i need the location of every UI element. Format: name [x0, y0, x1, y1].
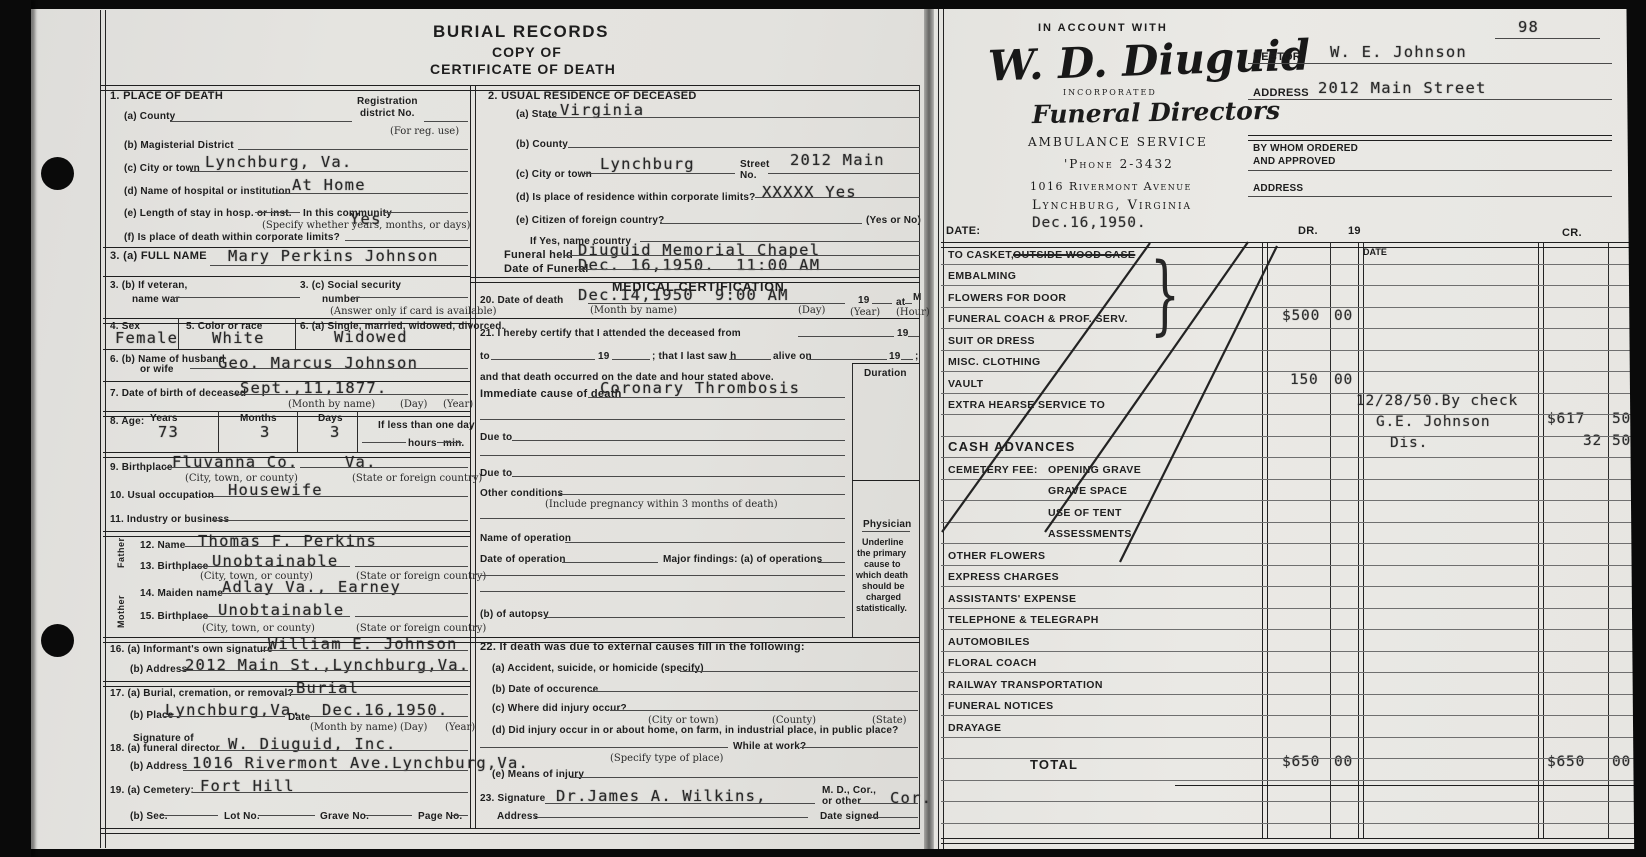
rule-horizontal [585, 173, 735, 174]
in-account-with-label: IN ACCOUNT WITH [1038, 22, 1168, 35]
rule-horizontal [578, 269, 920, 270]
min-label: min. [443, 438, 464, 450]
rule-horizontal [562, 562, 658, 563]
informant-address-label: (b) Address [130, 664, 187, 676]
dr-19-label: 19 [1348, 225, 1361, 238]
rule-horizontal [345, 240, 468, 241]
rule-horizontal [1248, 135, 1612, 141]
rule-horizontal [190, 171, 468, 172]
rule-horizontal [103, 411, 470, 417]
dod-label: 20. Date of death [480, 295, 563, 307]
rule-horizontal [1248, 99, 1612, 100]
rule-horizontal [941, 629, 1643, 630]
phys-note-7: statistically. [856, 603, 907, 613]
rule-horizontal [480, 747, 728, 748]
rule-horizontal [212, 520, 468, 521]
rule-horizontal [170, 121, 352, 122]
item-misc-clothing: MISC. CLOTHING [948, 356, 1041, 368]
rule-horizontal [470, 318, 920, 319]
ordered-by-label2: AND APPROVED [1253, 156, 1336, 168]
fullname-value: Mary Perkins Johnson [228, 248, 439, 265]
amount-vault-dollars: 150 [1290, 373, 1319, 389]
item-opening-grave: OPENING GRAVE [1048, 464, 1141, 476]
rule-vertical [470, 85, 476, 828]
rule-horizontal [941, 823, 1643, 824]
registration-label: Registration [357, 96, 418, 108]
firm-city-label: Lynchburg, Virginia [1032, 199, 1192, 214]
res-street-label2: No. [740, 170, 757, 182]
res-corporate-value: XXXXX Yes [762, 184, 857, 201]
rule-horizontal [470, 277, 920, 283]
dr-col-label: DR. [1298, 225, 1318, 238]
rule-horizontal [612, 359, 650, 360]
rule-horizontal [470, 637, 920, 643]
rule-vertical [852, 363, 853, 637]
county-label: (a) County [124, 111, 175, 123]
rule-horizontal [941, 838, 1643, 844]
lot-no-label: Lot No. [224, 811, 260, 823]
major-findings-label: Major findings: (a) of operations [663, 554, 822, 566]
item-extra-hearse: EXTRA HEARSE SERVICE TO [948, 399, 1105, 411]
community-value: Yes [350, 211, 382, 228]
rule-vertical [295, 318, 296, 349]
rule-horizontal [941, 500, 1643, 501]
age-months-value: 3 [260, 424, 271, 441]
rule-horizontal [588, 303, 845, 304]
ss-label: 3. (c) Social security [300, 280, 401, 292]
rule-vertical [1262, 242, 1268, 838]
rule-horizontal [355, 566, 468, 567]
rule-horizontal [175, 297, 300, 298]
husband-value: Geo. Marcus Johnson [218, 355, 418, 372]
marital-value: Widowed [334, 329, 408, 346]
amount-coach-cents: 00 [1334, 309, 1353, 325]
entry-check-name: G.E. Johnson [1376, 415, 1490, 431]
item-drayage: DRAYAGE [948, 722, 1001, 734]
age-days-value: 3 [330, 424, 341, 441]
rule-horizontal [210, 265, 468, 266]
rule-vertical [1608, 242, 1609, 838]
rule-horizontal [807, 359, 887, 360]
hospital-label: (d) Name of hospital or institution [124, 186, 291, 198]
rule-horizontal [905, 303, 912, 304]
rule-horizontal [362, 442, 406, 443]
rule-horizontal [424, 121, 468, 122]
rule-horizontal [103, 381, 470, 382]
attend-semi: ; [915, 351, 919, 363]
funeral-date-label: Date of Funeral [504, 263, 589, 276]
fullname-heading: 3. (a) FULL NAME [110, 250, 207, 263]
amount-vault-cents: 00 [1334, 373, 1353, 389]
rule-horizontal [941, 543, 1643, 544]
mother-bp-note1: (City, town, or county) [202, 623, 315, 635]
funeral-date-value: Dec. 16,1950. 11:00 AM [578, 257, 820, 274]
rule-horizontal [941, 285, 1643, 286]
rule-horizontal [355, 616, 468, 617]
scanned-document: BURIAL RECORDS COPY OF CERTIFICATE OF DE… [0, 0, 1646, 857]
rule-horizontal [941, 715, 1643, 716]
rule-horizontal [165, 467, 295, 468]
grave-no-label: Grave No. [320, 811, 369, 823]
rule-horizontal [185, 546, 468, 547]
rule-horizontal [858, 803, 918, 804]
rule-horizontal [852, 480, 919, 481]
attend-label: 21. I hereby certify that I attended the… [480, 328, 741, 340]
item-express: EXPRESS CHARGES [948, 571, 1059, 583]
rule-horizontal [535, 817, 808, 818]
phys-note-5: should be [862, 581, 905, 591]
rule-horizontal [590, 691, 918, 692]
rule-vertical [178, 318, 179, 349]
rule-horizontal [548, 117, 920, 118]
rule-horizontal [103, 247, 470, 248]
rule-horizontal [452, 815, 468, 816]
address23-label: Address [497, 811, 538, 823]
scan-edge-left [0, 0, 31, 857]
phys-note-6: charged [866, 592, 901, 602]
amount-coach-dollars: $500 [1282, 309, 1320, 325]
rule-horizontal [300, 467, 468, 468]
dod-hour-note: (Hour) [896, 307, 930, 319]
dob-label: 7. Date of birth of deceased [110, 388, 246, 400]
attend-19b: 19 [598, 351, 610, 363]
for-reg-use-label: (For reg. use) [390, 126, 459, 138]
rule-horizontal [941, 522, 1643, 523]
stay-label: (e) Length of stay in hosp. or inst. [124, 208, 292, 220]
phone-label: 'Phone 2-3432 [1064, 158, 1174, 172]
rule-horizontal [272, 193, 468, 194]
rule-horizontal [480, 575, 845, 576]
age-label: 8. Age: [110, 416, 144, 428]
rule-horizontal [160, 815, 218, 816]
informant-label: 16. (a) Informant's own signature [110, 644, 273, 656]
race-value: White [212, 330, 265, 347]
res-city-value: Lynchburg [600, 156, 695, 173]
rule-horizontal [100, 85, 920, 91]
rule-horizontal [908, 336, 919, 337]
due-to-label1: Due to [480, 432, 512, 444]
rule-horizontal [365, 815, 412, 816]
punch-hole-top [41, 157, 74, 190]
rule-horizontal [180, 670, 468, 671]
rule-vertical [1358, 242, 1364, 838]
rule-horizontal [480, 591, 845, 592]
md-cor-value: Cor. [890, 790, 932, 807]
rule-horizontal [491, 359, 595, 360]
rule-horizontal [480, 455, 845, 456]
burial-day-note: (Day) [400, 722, 427, 734]
rule-horizontal [192, 792, 468, 793]
title-burial-records: BURIAL RECORDS [433, 22, 609, 42]
dod-m: M [913, 292, 922, 304]
item-telephone: TELEPHONE & TELEGRAPH [948, 614, 1099, 626]
item-casket-struck: OUTSIDE WOOD CASE [1013, 249, 1135, 261]
rule-horizontal [232, 394, 468, 395]
item-casket: TO CASKET, [948, 249, 1014, 261]
rule-horizontal [800, 747, 918, 748]
rule-horizontal [215, 750, 468, 751]
rule-horizontal [285, 694, 468, 695]
rule-horizontal [262, 650, 468, 651]
city-value: Lynchburg, Va. [205, 154, 352, 171]
district-no-label: district No. [360, 108, 415, 120]
rule-horizontal [941, 758, 1643, 759]
punch-hole-bottom [41, 624, 74, 657]
rule-horizontal [100, 828, 920, 834]
rule-horizontal [103, 452, 470, 458]
rule-horizontal [941, 565, 1643, 566]
res-county-label: (b) County [516, 139, 568, 151]
rule-vertical [1538, 242, 1544, 838]
item-cash-advances: CASH ADVANCES [948, 440, 1076, 455]
rule-horizontal [238, 149, 468, 150]
rule-horizontal [941, 264, 1643, 265]
item-cemetery-fee: CEMETERY FEE: [948, 464, 1038, 476]
burial-label: 17. (a) Burial, cremation, or removal? [110, 688, 294, 700]
citizen-label: (e) Citizen of foreign country? [516, 215, 664, 227]
res-state-label: (a) State [516, 109, 557, 121]
father-name-label: 12. Name [140, 540, 186, 552]
rule-horizontal [941, 694, 1643, 695]
rule-horizontal [872, 303, 892, 304]
item-funeral-notices: FUNERAL NOTICES [948, 700, 1054, 712]
rule-vertical [218, 411, 219, 452]
rule-horizontal [565, 542, 845, 543]
rule-horizontal [1248, 63, 1612, 64]
item-railway: RAILWAY TRANSPORTATION [948, 679, 1103, 691]
rule-horizontal [103, 318, 470, 324]
dob-year-label: (Year) [443, 399, 473, 411]
item-floral-coach: FLORAL COACH [948, 657, 1037, 669]
rule-horizontal [640, 241, 920, 242]
while-at-work-label: While at work? [733, 741, 806, 753]
orderer-address-label: ADDRESS [1253, 183, 1303, 195]
account-date-value: Dec.16,1950. [1032, 216, 1146, 232]
rule-horizontal [310, 716, 468, 717]
rule-horizontal [755, 197, 920, 198]
rule-horizontal [660, 223, 862, 224]
rule-horizontal [941, 350, 1643, 351]
rule-horizontal [196, 566, 350, 567]
item-use-of-tent: USE OF TENT [1048, 507, 1122, 519]
rule-horizontal [941, 737, 1643, 738]
rule-horizontal [588, 397, 845, 398]
funeral-directors-script: Funeral Directors [1032, 98, 1280, 127]
father-side-label: Father [117, 537, 126, 568]
occurence-label: (b) Date of occurence [492, 684, 598, 696]
dod-day-note: (Day) [798, 305, 825, 317]
attend-19c: 19 [889, 351, 901, 363]
rule-horizontal [103, 349, 470, 350]
debtor-label: DEBTOR [1253, 51, 1301, 64]
birthplace-label: 9. Birthplace [110, 462, 173, 474]
item-total: TOTAL [1030, 758, 1078, 773]
fd-address-label: (b) Address [130, 761, 187, 773]
rule-horizontal [568, 147, 920, 148]
funeral-held-label: Funeral held [504, 249, 573, 262]
rule-horizontal [1248, 196, 1612, 197]
res-corporate-label: (d) Is place of residence within corpora… [516, 192, 756, 204]
res-street-value: 2012 Main [790, 152, 885, 169]
rule-horizontal [103, 637, 470, 643]
res-city-label: (c) City or town [516, 169, 592, 181]
burial-date-label: Date [288, 712, 310, 724]
rule-horizontal [610, 710, 918, 711]
husband-label2: or wife [140, 364, 174, 376]
rule-horizontal [198, 616, 350, 617]
rule-horizontal [480, 419, 845, 420]
pregnancy-note: (Include pregnancy within 3 months of de… [545, 499, 778, 511]
dod-value: Dec.14,1950 9:00 AM [578, 287, 789, 304]
rule-horizontal [941, 780, 1643, 781]
attend-to: to [480, 351, 490, 363]
rule-horizontal [258, 815, 315, 816]
rule-vertical [1330, 242, 1331, 838]
rule-horizontal [103, 681, 470, 687]
rule-horizontal [558, 494, 845, 495]
rule-horizontal [183, 770, 468, 771]
item-other-flowers: OTHER FLOWERS [948, 550, 1045, 562]
burial-month-note: (Month by name) [310, 722, 397, 734]
debtor-address-value: 2012 Main Street [1318, 80, 1487, 97]
phys-note-3: cause to [864, 559, 901, 569]
rule-horizontal [545, 617, 845, 618]
rule-horizontal [385, 212, 468, 213]
rule-horizontal [941, 586, 1643, 587]
date-col-label: DATE: [946, 225, 980, 238]
md-cor-label2: or other [822, 796, 861, 808]
sex-value: Female [115, 330, 178, 347]
dob-day-label: (Day) [400, 399, 427, 411]
rule-horizontal [862, 531, 910, 532]
name-op-label: Name of operation [480, 533, 571, 545]
rule-horizontal [941, 436, 1643, 437]
occupation-label: 10. Usual occupation [110, 490, 214, 502]
rule-horizontal [218, 593, 468, 594]
rule-horizontal [255, 212, 300, 213]
ambulance-service-label: AMBULANCE SERVICE [1028, 136, 1208, 150]
rule-horizontal [480, 518, 845, 519]
item-automobiles: AUTOMOBILES [948, 636, 1030, 648]
rule-horizontal [1495, 38, 1600, 39]
entry-check-date: 12/28/50.By check [1356, 394, 1518, 410]
yes-or-no-label: (Yes or No) [866, 215, 921, 227]
rule-horizontal [941, 801, 1643, 802]
veteran-label: 3. (b) If veteran, [110, 280, 188, 292]
date-sub-label: DATE [1363, 247, 1387, 257]
title-copy-of: COPY OF [492, 44, 562, 60]
attend-19a: 19 [897, 328, 909, 340]
rule-horizontal [798, 336, 894, 337]
item-grave-space: GRAVE SPACE [1048, 485, 1127, 497]
rule-horizontal [565, 255, 920, 256]
item-assessments: ASSESSMENTS [1048, 528, 1132, 540]
rule-horizontal [352, 297, 468, 298]
item-funeral-coach: FUNERAL COACH & PROF. SERV. [948, 313, 1128, 325]
res-street-label1: Street [740, 159, 770, 171]
rule-horizontal [103, 276, 470, 277]
cemetery-label: 19. (a) Cemetery: [110, 785, 194, 797]
incorporated-label: INCORPORATED [1063, 88, 1157, 97]
rule-horizontal [941, 672, 1643, 673]
dod-month-note: (Month by name) [590, 305, 677, 317]
informant-address-value: 2012 Main St.,Lynchburg,Va. [185, 657, 469, 674]
item-embalming: EMBALMING [948, 270, 1016, 282]
signature23-label: 23. Signature [480, 793, 545, 805]
item-suit: SUIT OR DRESS [948, 335, 1035, 347]
rule-vertical [297, 411, 298, 452]
ordered-by-label1: BY WHOM ORDERED [1253, 143, 1358, 155]
where-injury-label: (c) Where did injury occur? [492, 703, 627, 715]
entry-discount: Dis. [1390, 436, 1428, 452]
hospital-value: At Home [292, 177, 366, 194]
rule-horizontal [1248, 170, 1612, 171]
corporate-limits-label: (f) Is place of death within corporate l… [124, 232, 340, 244]
item-assistants: ASSISTANTS' EXPENSE [948, 593, 1076, 605]
debtor-value: W. E. Johnson [1330, 44, 1467, 61]
specify-place-note: (Specify type of place) [610, 753, 723, 765]
rule-horizontal [570, 777, 918, 778]
rule-horizontal [868, 817, 918, 818]
cr-col-label: CR. [1562, 227, 1582, 240]
scan-edge-bottom [0, 849, 1646, 857]
md-cor-label1: M. D., Cor., [822, 785, 876, 797]
phys-note-2: the primary [857, 548, 906, 558]
rule-horizontal [941, 414, 1643, 415]
rule-vertical [938, 6, 944, 852]
rule-horizontal [901, 359, 913, 360]
rule-horizontal [680, 671, 918, 672]
dod-year-note: (Year) [850, 307, 880, 319]
less-one-day-label: If less than one day [378, 420, 475, 432]
firm-street-label: 1016 Rivermont Avenue [1030, 181, 1192, 194]
age-years-value: 73 [158, 424, 179, 441]
mother-side-label: Mother [117, 595, 126, 628]
autopsy-label: (b) of autopsy [480, 609, 549, 621]
dod-19: 19 [858, 295, 870, 307]
mother-bp-note2: (State or foreign country) [356, 623, 486, 635]
rule-horizontal [205, 496, 468, 497]
rule-horizontal [941, 608, 1643, 609]
rule-horizontal [941, 393, 1643, 394]
attend-aliveon: alive on [773, 351, 812, 363]
attend-lastsaw: ; that I last saw h [652, 351, 736, 363]
father-bp-value: Unobtainable [212, 553, 338, 570]
rule-vertical [100, 10, 106, 848]
rule-horizontal [941, 307, 1643, 308]
pen-brace-mark: } [1150, 252, 1180, 338]
rule-horizontal [941, 457, 1643, 458]
phys-note-4: which death [856, 570, 908, 580]
rule-horizontal [768, 173, 920, 174]
page-gap-shadow [924, 0, 934, 857]
page-number-value: 98 [1518, 19, 1539, 36]
means-injury-label: (e) Means of injury [492, 769, 584, 781]
rule-horizontal [512, 440, 845, 441]
maiden-name-label: 14. Maiden name [140, 588, 223, 600]
magisterial-label: (b) Magisterial District [124, 140, 234, 152]
dob-month-label: (Month by name) [288, 399, 375, 411]
ss-number-label: number [322, 294, 360, 306]
rule-horizontal [437, 442, 462, 443]
rule-horizontal [941, 479, 1643, 480]
rule-horizontal [103, 531, 470, 537]
rule-horizontal [852, 363, 919, 364]
title-certificate-of-death: CERTIFICATE OF DEATH [430, 61, 616, 77]
rule-horizontal [729, 359, 771, 360]
due-to-label2: Due to [480, 468, 512, 480]
name-war-label: name war [132, 294, 180, 306]
